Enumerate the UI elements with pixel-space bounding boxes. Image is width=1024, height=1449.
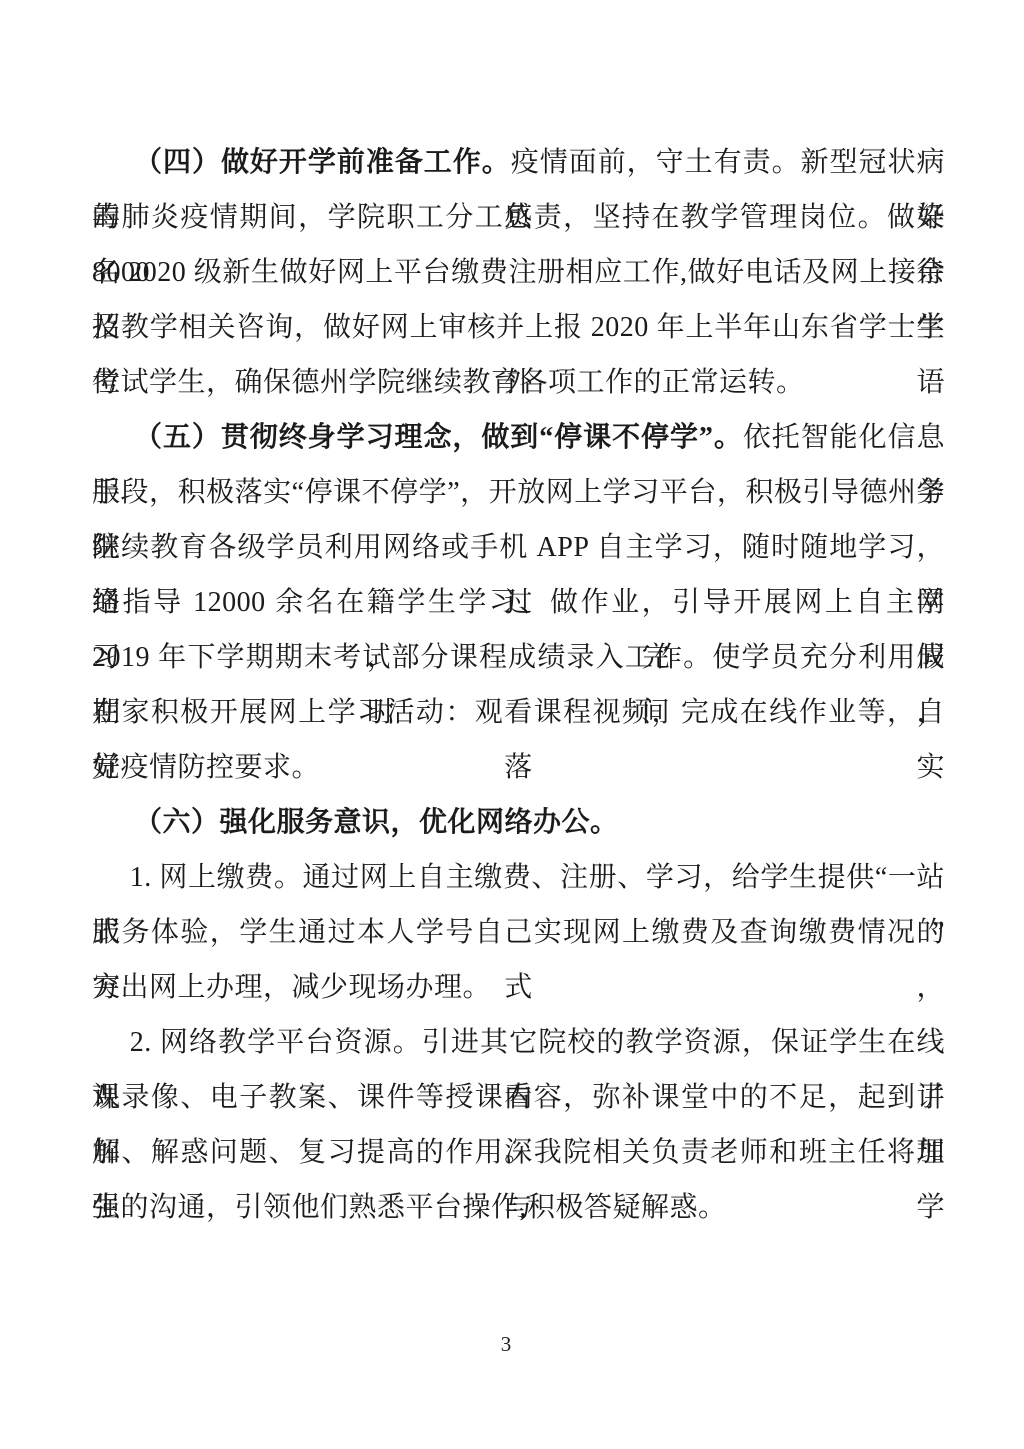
text-line: （五）贯彻终身学习理念，做到“停课不停学”。依托智能化信息服务 [92, 410, 945, 465]
body-segment: 突出网上办理，减少现场办理。 [92, 972, 491, 1003]
text-line: 2. 网络教学平台资源。引进其它院校的教学资源，保证学生在线观看讲 [92, 1015, 945, 1070]
page-number: 3 [0, 1330, 1012, 1358]
text-line: 课录像、电子教案、课件等授课内容，弥补课堂中的不足，起到了加深理 [92, 1070, 945, 1125]
text-line: （六）强化服务意识，优化网络办公。 [92, 795, 945, 850]
document-page: （四）做好开学前准备工作。疫情面前，守土有责。新型冠状病毒感染的肺炎疫情期间，学… [0, 0, 1024, 1449]
text-line: 及教学相关咨询，做好网上审核并上报 2020 年上半年山东省学士学位外语 [92, 300, 945, 355]
body-segment: 生的沟通，引领他们熟悉平台操作,积极答疑解惑。 [92, 1192, 727, 1223]
text-line: 1. 网上缴费。通过网上自主缴费、注册、学习，给学生提供“一站式” [92, 850, 945, 905]
document-text: （四）做好开学前准备工作。疫情面前，守土有责。新型冠状病毒感染的肺炎疫情期间，学… [92, 135, 945, 1235]
text-line: 继续教育各级学员利用网络或手机 APP 自主学习，随时随地学习，通过网 [92, 520, 945, 575]
text-line: 在家积极开展网上学习活动：观看课程视频，完成在线作业等，自觉落实 [92, 685, 945, 740]
text-line: 名 2020 级新生做好网上平台缴费注册相应工作,做好电话及网上接待招生 [92, 245, 945, 300]
text-line: 2019 年下学期期末考试部分课程成绩录入工作。使学员充分利用假期时间， [92, 630, 945, 685]
text-line: 络指导 12000 余名在籍学生学习、做作业，引导开展网上自主学习，完成 [92, 575, 945, 630]
text-line: 手段，积极落实“停课不停学”，开放网上学习平台，积极引导德州学院 [92, 465, 945, 520]
text-line: 解、解惑问题、复习提高的作用。我院相关负责老师和班主任将加强与学 [92, 1125, 945, 1180]
heading-segment: （四）做好开学前准备工作。 [134, 147, 511, 178]
body-segment: 考试学生，确保德州学院继续教育各项工作的正常运转。 [92, 367, 805, 398]
body-segment: 好疫情防控要求。 [92, 752, 320, 783]
text-line: 的肺炎疫情期间，学院职工分工负责，坚持在教学管理岗位。做好 8000 余 [92, 190, 945, 245]
heading-segment: （五）贯彻终身学习理念，做到“停课不停学”。 [134, 422, 743, 453]
text-line: （四）做好开学前准备工作。疫情面前，守土有责。新型冠状病毒感染 [92, 135, 945, 190]
heading-segment: （六）强化服务意识，优化网络办公。 [134, 807, 619, 838]
text-line: 服务体验，学生通过本人学号自己实现网上缴费及查询缴费情况的方式， [92, 905, 945, 960]
